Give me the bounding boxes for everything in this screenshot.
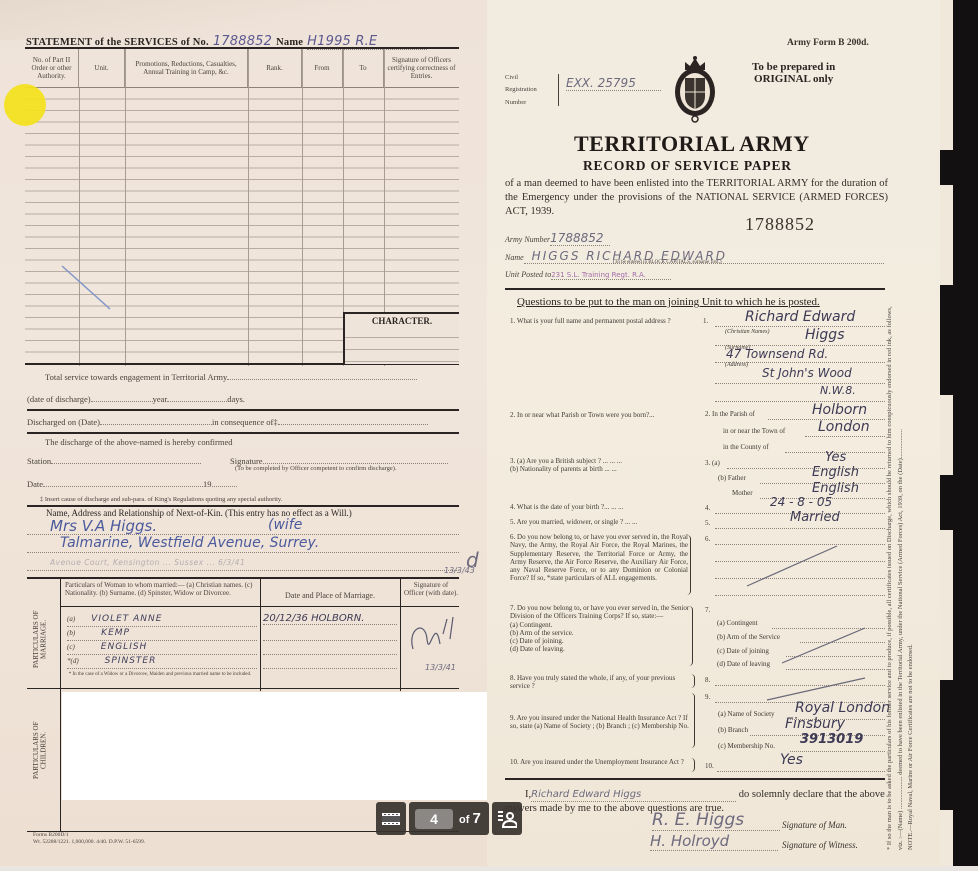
question-1: 1. What is your full name and permanent … — [510, 317, 700, 325]
margin-date: 13/3/43 — [444, 566, 475, 575]
col-from: From — [302, 49, 343, 87]
civil-registration-label: Civil Registration Number — [505, 72, 537, 109]
answer-branch: Finsbury — [785, 716, 845, 732]
answer-date-of-birth: 24 - 8 - 05 — [770, 495, 832, 509]
answer-membership-number: 3913019 — [800, 732, 863, 747]
answer-parish: Holborn — [812, 402, 867, 418]
man-signature: R. E. Higgs — [652, 810, 780, 831]
discharged-on-line: Discharged on (Date)in consequence of‡ — [27, 417, 428, 427]
question-6: 6. Do you now belong to, or have you eve… — [510, 533, 688, 583]
answer-town: London — [818, 419, 870, 435]
print-footer: Forms B200D/1 Wt. 52288/1221. 1,000,000.… — [33, 832, 145, 845]
side-note-instruction: * If so the man is to be asked the parti… — [886, 40, 896, 850]
next-of-kin-name: Mrs V.A Higgs. — [50, 517, 157, 535]
next-of-kin-old-address: Avenue Court, Kensington ... Sussex ... … — [50, 558, 245, 567]
date-of-discharge-line: (date of discharge)yeardays. — [27, 394, 245, 404]
answer-6-strikethrough — [745, 543, 840, 589]
answer-7-strikethrough — [780, 625, 870, 667]
marriage-col-woman: Particulars of Woman to whom married:— (… — [65, 581, 257, 597]
annotation-highlight-marker[interactable] — [4, 84, 46, 126]
officer-signature-marriage — [405, 609, 460, 659]
col-unit: Unit. — [79, 49, 125, 87]
question-4: 4. What is the date of your birth ?... .… — [510, 503, 700, 511]
station-line: Station — [27, 456, 201, 466]
marriage-date-place-value: 20/12/36 HOLBORN. — [263, 613, 397, 625]
person-list-icon — [497, 809, 517, 829]
marriage-col-date-place: Date and Place of Marriage. — [263, 591, 397, 600]
answer-british-subject: Yes — [825, 450, 846, 465]
character-box: CHARACTER. — [343, 312, 459, 364]
question-2: 2. In or near what Parish or Town were y… — [510, 411, 700, 419]
discharge-footnote: ‡ Insert cause of discharge and sub-para… — [40, 496, 282, 503]
marriage-christian-names: (a)VIOLET ANNE — [67, 614, 257, 627]
royal-crest-icon — [671, 54, 719, 124]
col-officer-signature: Signature of Officers certifying correct… — [384, 49, 459, 87]
answer-address-line-3: N.W.8. — [820, 384, 856, 397]
answer-surname: Higgs — [805, 327, 844, 343]
questions-heading: Questions to be put to the man on joinin… — [517, 296, 820, 308]
answer-mother-nationality: English — [812, 481, 859, 496]
next-of-kin-relationship: (wife — [268, 517, 302, 533]
side-note-endorsement: viz. :—(Name) .................... deeme… — [897, 230, 906, 850]
army-form-number: Army Form B 200d. — [787, 38, 869, 48]
page-number-input[interactable]: 4 — [415, 809, 453, 829]
thumbnails-button[interactable] — [376, 802, 406, 835]
marriage-nationality: (c)ENGLISH — [67, 642, 257, 655]
col-authority: No. of Part II Order or other Authority. — [25, 49, 79, 87]
question-8: 8. Have you truly stated the whole, if a… — [510, 674, 690, 691]
civil-registration-number: EXX. 25795 — [566, 76, 661, 91]
question-3: 3. (a) Are you a British subject ? ... .… — [510, 457, 700, 474]
date-line: Date19 — [27, 479, 237, 489]
witness-signature: H. Holroyd — [650, 832, 778, 851]
unit-posted-field: Unit Posted to231 S.L. Training Regt. R.… — [505, 270, 671, 280]
answer-society-name: Royal London — [795, 700, 890, 716]
marriage-surname: (b)KEMP — [67, 628, 257, 641]
page-total: of 7 — [459, 810, 481, 827]
marriage-col-officer-signature: Signature of Officer (with date). — [403, 581, 459, 597]
prepared-original-note: To be prepared in ORIGINAL only — [752, 61, 835, 85]
page-navigator: 4 of 7 — [376, 802, 522, 835]
answer-father-nationality: English — [812, 465, 859, 480]
answer-christian-names: Richard Edward — [745, 309, 855, 325]
question-7: 7. Do you now belong to, or have you eve… — [510, 604, 690, 654]
viewer-bottom-edge — [0, 866, 978, 871]
page-number-group: 4 of 7 — [409, 802, 489, 835]
marriage-status: *(d)SPINSTER — [67, 656, 257, 669]
col-rank: Rank. — [248, 49, 302, 87]
particulars-of-marriage: PARTICULARS OF MARRIAGE. Particulars of … — [27, 577, 459, 689]
question-9: 9. Are you insured under the National He… — [510, 714, 690, 731]
side-note-naval: NOTE.—Royal Naval, Marine or Air Force C… — [907, 560, 916, 850]
document-subtitle: RECORD OF SERVICE PAPER — [583, 158, 792, 174]
army-number-field: Army Number1788852 — [505, 231, 610, 246]
service-table-header: No. of Part II Order or other Authority.… — [25, 49, 459, 88]
col-promotions: Promotions, Reductions, Casualties, Annu… — [125, 49, 248, 87]
col-to: To — [343, 49, 384, 87]
redacted-area — [62, 692, 490, 800]
question-10: 10. Are you insured under the Unemployme… — [510, 758, 690, 766]
intro-text: of a man deemed to have been enlisted in… — [505, 177, 888, 219]
document-viewer: STATEMENT of the SERVICES of No.1788852N… — [0, 0, 978, 868]
officer-signature-date: 13/3/41 — [425, 663, 456, 672]
army-number-stamp: 1788852 — [745, 214, 815, 235]
answer-address-line-1: 47 Townsend Rd. — [726, 347, 828, 361]
person-list-button[interactable] — [492, 802, 522, 835]
answer-marital-status: Married — [790, 510, 840, 525]
filmstrip-icon — [381, 810, 401, 828]
discharge-confirmed-line: The discharge of the above-named is here… — [45, 437, 232, 447]
total-service-line: Total service towards engagement in Terr… — [45, 372, 417, 382]
answer-address-line-2: St John's Wood — [762, 366, 852, 380]
answer-unemployment-insurance: Yes — [780, 752, 803, 768]
next-of-kin-address: Talmarine, Westfield Avenue, Surrey. — [60, 535, 319, 551]
pen-stroke — [60, 264, 120, 324]
left-page-statement-of-services: STATEMENT of the SERVICES of No.1788852N… — [0, 0, 490, 866]
document-title: TERRITORIAL ARMY — [574, 131, 810, 157]
answer-8-strikethrough — [765, 675, 870, 703]
question-5: 5. Are you married, widower, or single ?… — [510, 518, 700, 526]
